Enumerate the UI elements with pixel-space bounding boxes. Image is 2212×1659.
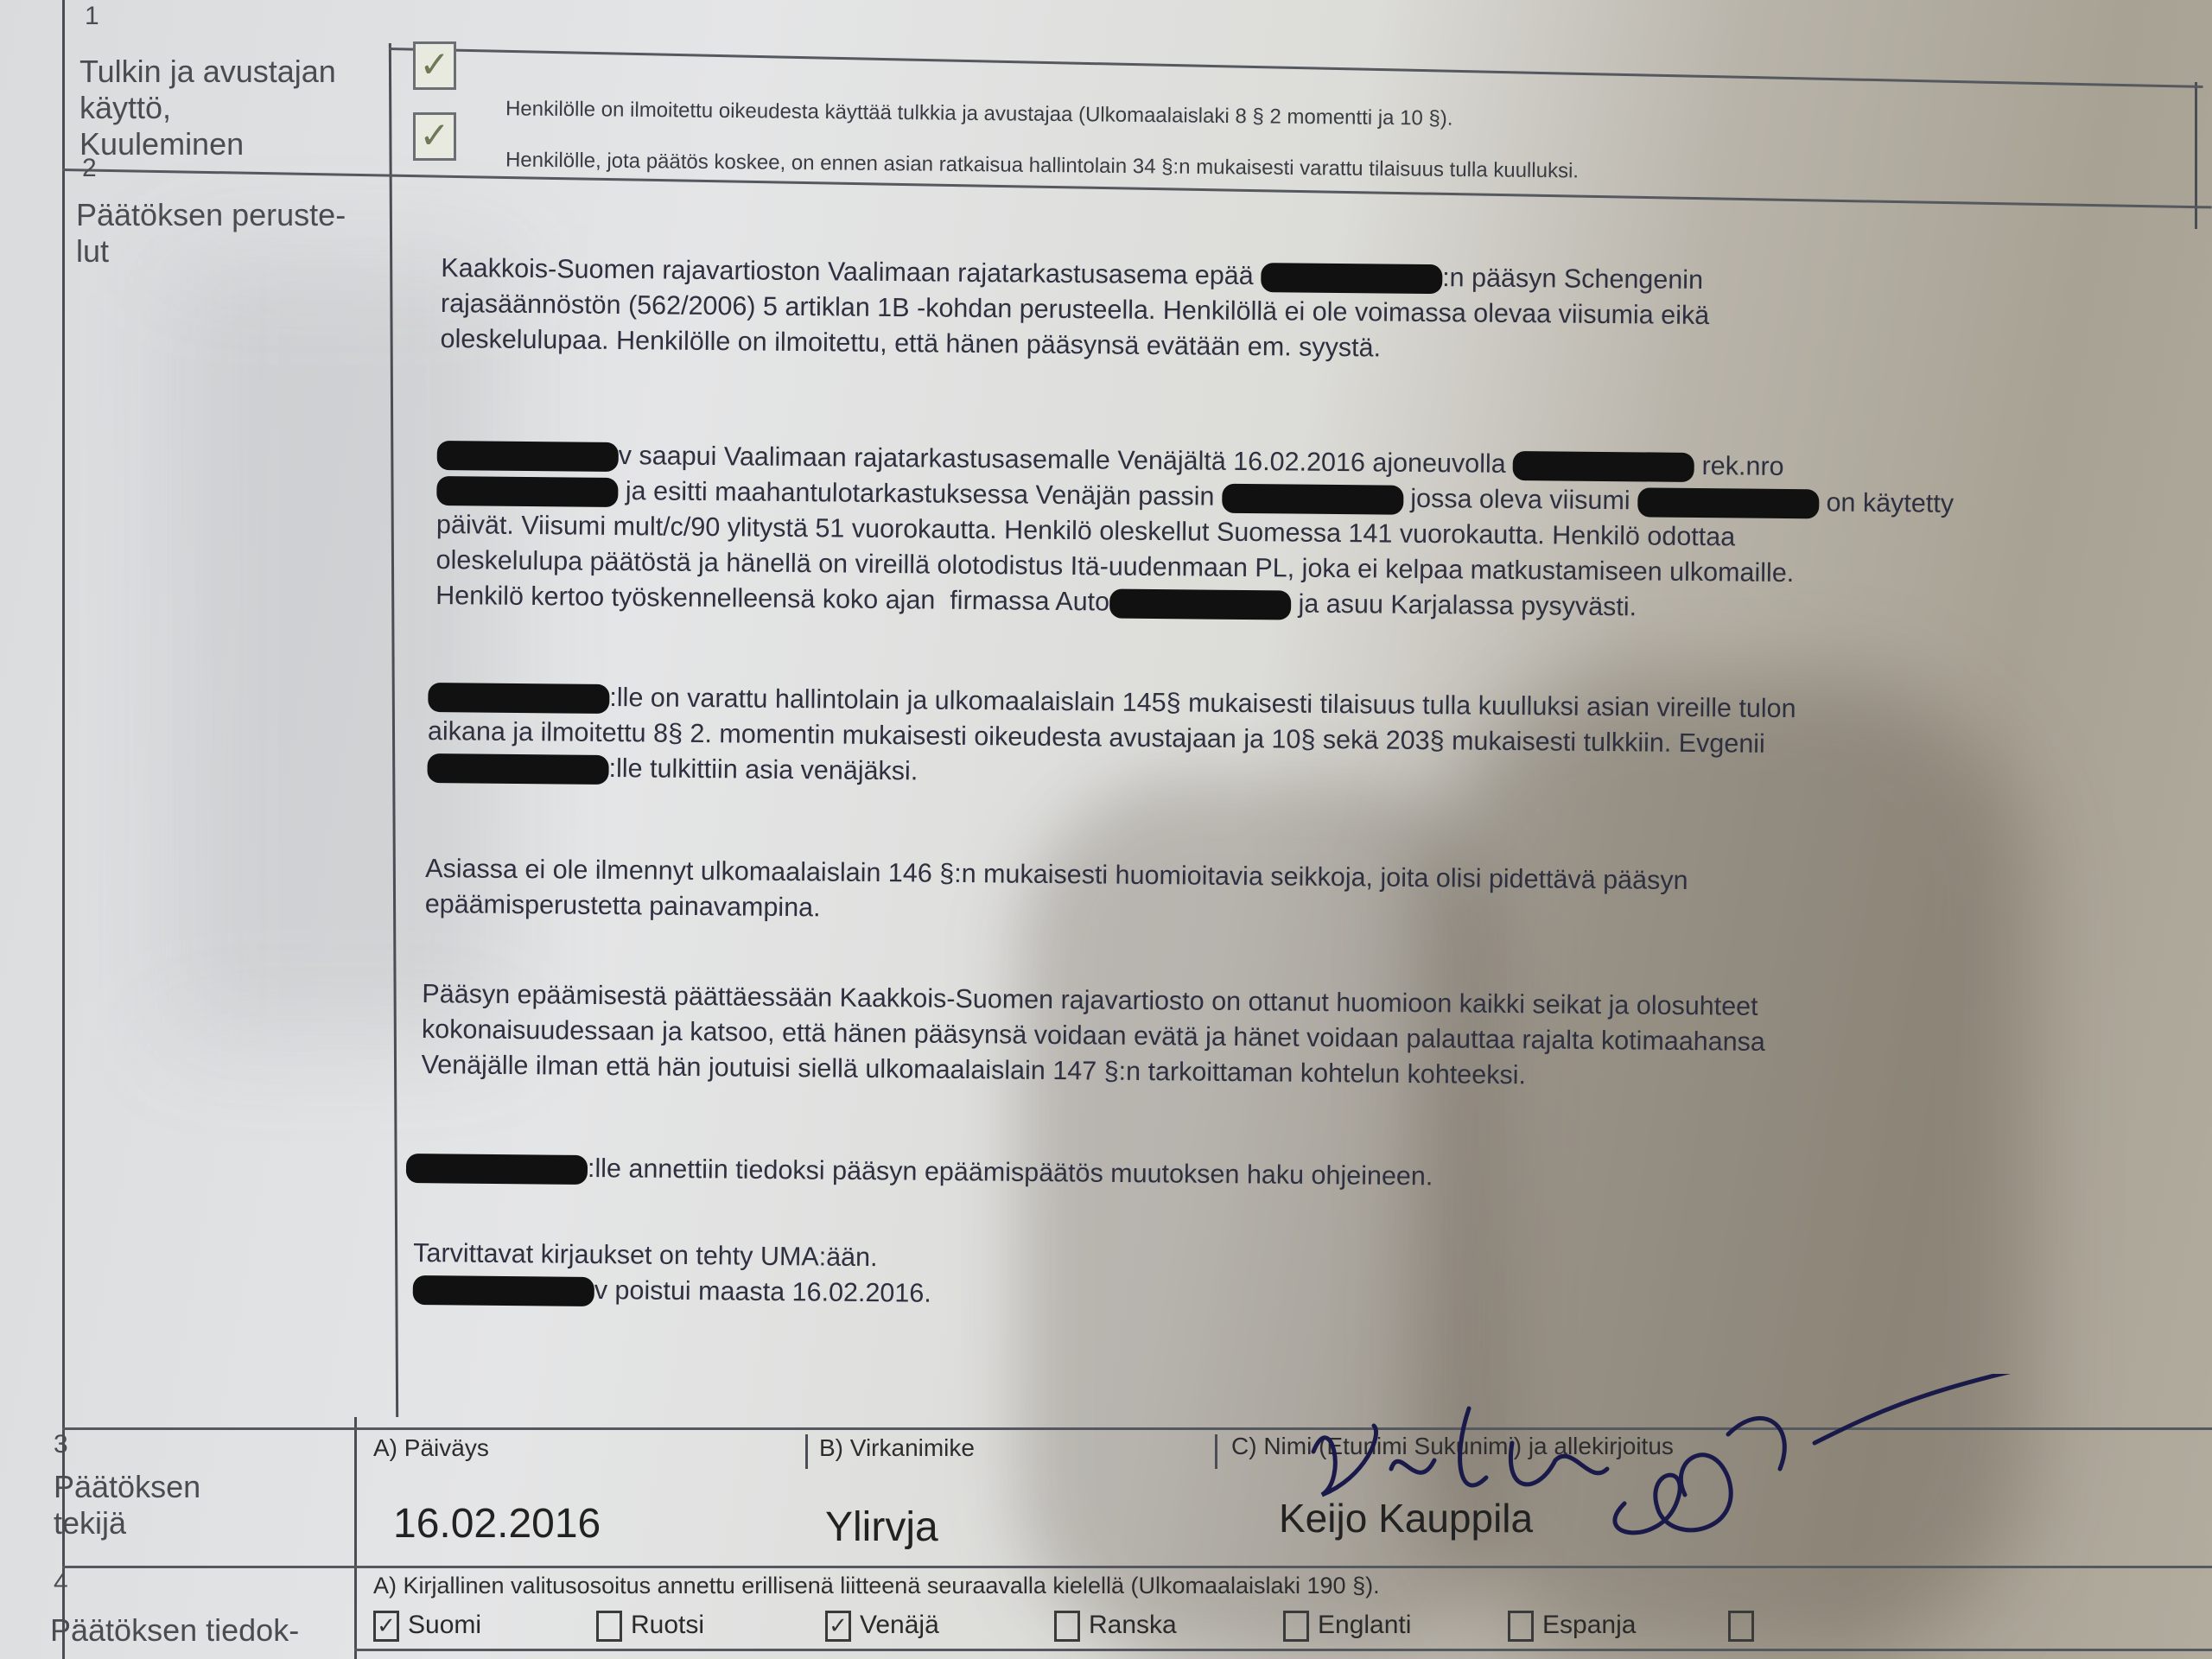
section-1-label: Tulkin ja avustajan käyttö, Kuuleminen xyxy=(79,54,336,162)
redaction-mark xyxy=(1222,484,1403,515)
redaction-mark xyxy=(437,441,619,472)
label-column-divider xyxy=(389,43,398,1417)
paragraph: Tarvittavat kirjaukset on tehty UMA:ään.… xyxy=(413,1236,932,1312)
redaction-mark xyxy=(406,1154,588,1185)
language-option[interactable]: ✓Suomi xyxy=(373,1611,481,1642)
subfield-divider xyxy=(805,1434,808,1469)
decision-form: 1 Tulkin ja avustajan käyttö, Kuuleminen… xyxy=(0,0,2212,1659)
text-line: v poistui maasta 16.02.2016. xyxy=(413,1271,931,1312)
language-option[interactable]: Ruotsi xyxy=(596,1611,704,1642)
paragraph: v saapui Vaalimaan rajatarkastusasemalle… xyxy=(435,436,1955,628)
interpreter-info-text: Henkilölle on ilmoitettu oikeudesta käyt… xyxy=(505,97,1453,130)
checkbox[interactable] xyxy=(1508,1611,1534,1642)
redaction-mark xyxy=(427,753,608,785)
section-2-number: 2 xyxy=(82,154,97,183)
redaction-mark xyxy=(436,476,618,507)
interpreter-info-checkbox[interactable]: ✓ xyxy=(413,41,456,90)
hearing-checkbox[interactable]: ✓ xyxy=(413,112,456,161)
outer-left-border xyxy=(62,0,65,1659)
date-label: A) Päiväys xyxy=(373,1434,489,1462)
language-label: Venäjä xyxy=(860,1611,939,1639)
redaction-mark xyxy=(1109,588,1291,620)
checkbox[interactable] xyxy=(1054,1611,1080,1642)
checkbox[interactable] xyxy=(596,1611,622,1642)
language-label: Ranska xyxy=(1089,1611,1177,1639)
checkbox[interactable]: ✓ xyxy=(373,1611,399,1642)
paragraph: :lle annettiin tiedoksi pääsyn epäämispä… xyxy=(406,1149,1433,1194)
text-line: :lle annettiin tiedoksi pääsyn epäämispä… xyxy=(406,1149,1433,1194)
redaction-mark xyxy=(413,1275,594,1306)
section-2-label: Päätöksen peruste- lut xyxy=(76,197,346,270)
handwritten-signature xyxy=(1296,1374,2074,1547)
paragraph: Pääsyn epäämisestä päättäessään Kaakkois… xyxy=(421,976,1765,1096)
checkbox[interactable] xyxy=(1728,1611,1754,1642)
row-divider-top xyxy=(389,48,2203,88)
section-4-label: Päätöksen tiedok- xyxy=(50,1612,299,1649)
paragraph: Kaakkois-Suomen rajavartioston Vaalimaan… xyxy=(440,251,1709,369)
job-title-value: Ylirvja xyxy=(825,1503,938,1551)
language-label: Englanti xyxy=(1318,1611,1411,1639)
section-3-label: Päätöksen tekijä xyxy=(54,1469,200,1541)
section-3-number: 3 xyxy=(54,1430,68,1459)
language-option[interactable]: Espanja xyxy=(1508,1611,1636,1642)
row-divider-4-bottom xyxy=(354,1649,2212,1651)
language-label: Espanja xyxy=(1542,1611,1636,1639)
language-option[interactable]: ✓Venäjä xyxy=(825,1611,939,1642)
checkbox[interactable]: ✓ xyxy=(825,1611,851,1642)
subfield-divider xyxy=(1215,1434,1217,1469)
language-label: Ruotsi xyxy=(631,1611,704,1639)
appeal-instructions-text: A) Kirjallinen valitusosoitus annettu er… xyxy=(373,1573,1380,1599)
paragraph: :lle on varattu hallintolain ja ulkomaal… xyxy=(427,678,1796,798)
language-option[interactable] xyxy=(1728,1611,1763,1642)
language-option[interactable]: Ranska xyxy=(1054,1611,1177,1642)
section-1-number: 1 xyxy=(85,2,99,31)
language-option[interactable]: Englanti xyxy=(1283,1611,1411,1642)
text-line: Tarvittavat kirjaukset on tehty UMA:ään. xyxy=(413,1236,931,1276)
label-column-divider-lower xyxy=(354,1417,357,1659)
redaction-mark xyxy=(1261,263,1442,294)
redaction-mark xyxy=(1637,487,1819,518)
row-divider-3-4 xyxy=(62,1566,2212,1568)
redaction-mark xyxy=(428,683,609,714)
section-4-number: 4 xyxy=(54,1568,68,1598)
checkbox[interactable] xyxy=(1283,1611,1309,1642)
redaction-mark xyxy=(1513,451,1694,482)
paragraph: Asiassa ei ole ilmennyt ulkomaalaislain … xyxy=(425,851,1688,934)
language-label: Suomi xyxy=(408,1611,481,1639)
job-title-label: B) Virkanimike xyxy=(819,1434,975,1462)
date-value: 16.02.2016 xyxy=(393,1500,601,1548)
